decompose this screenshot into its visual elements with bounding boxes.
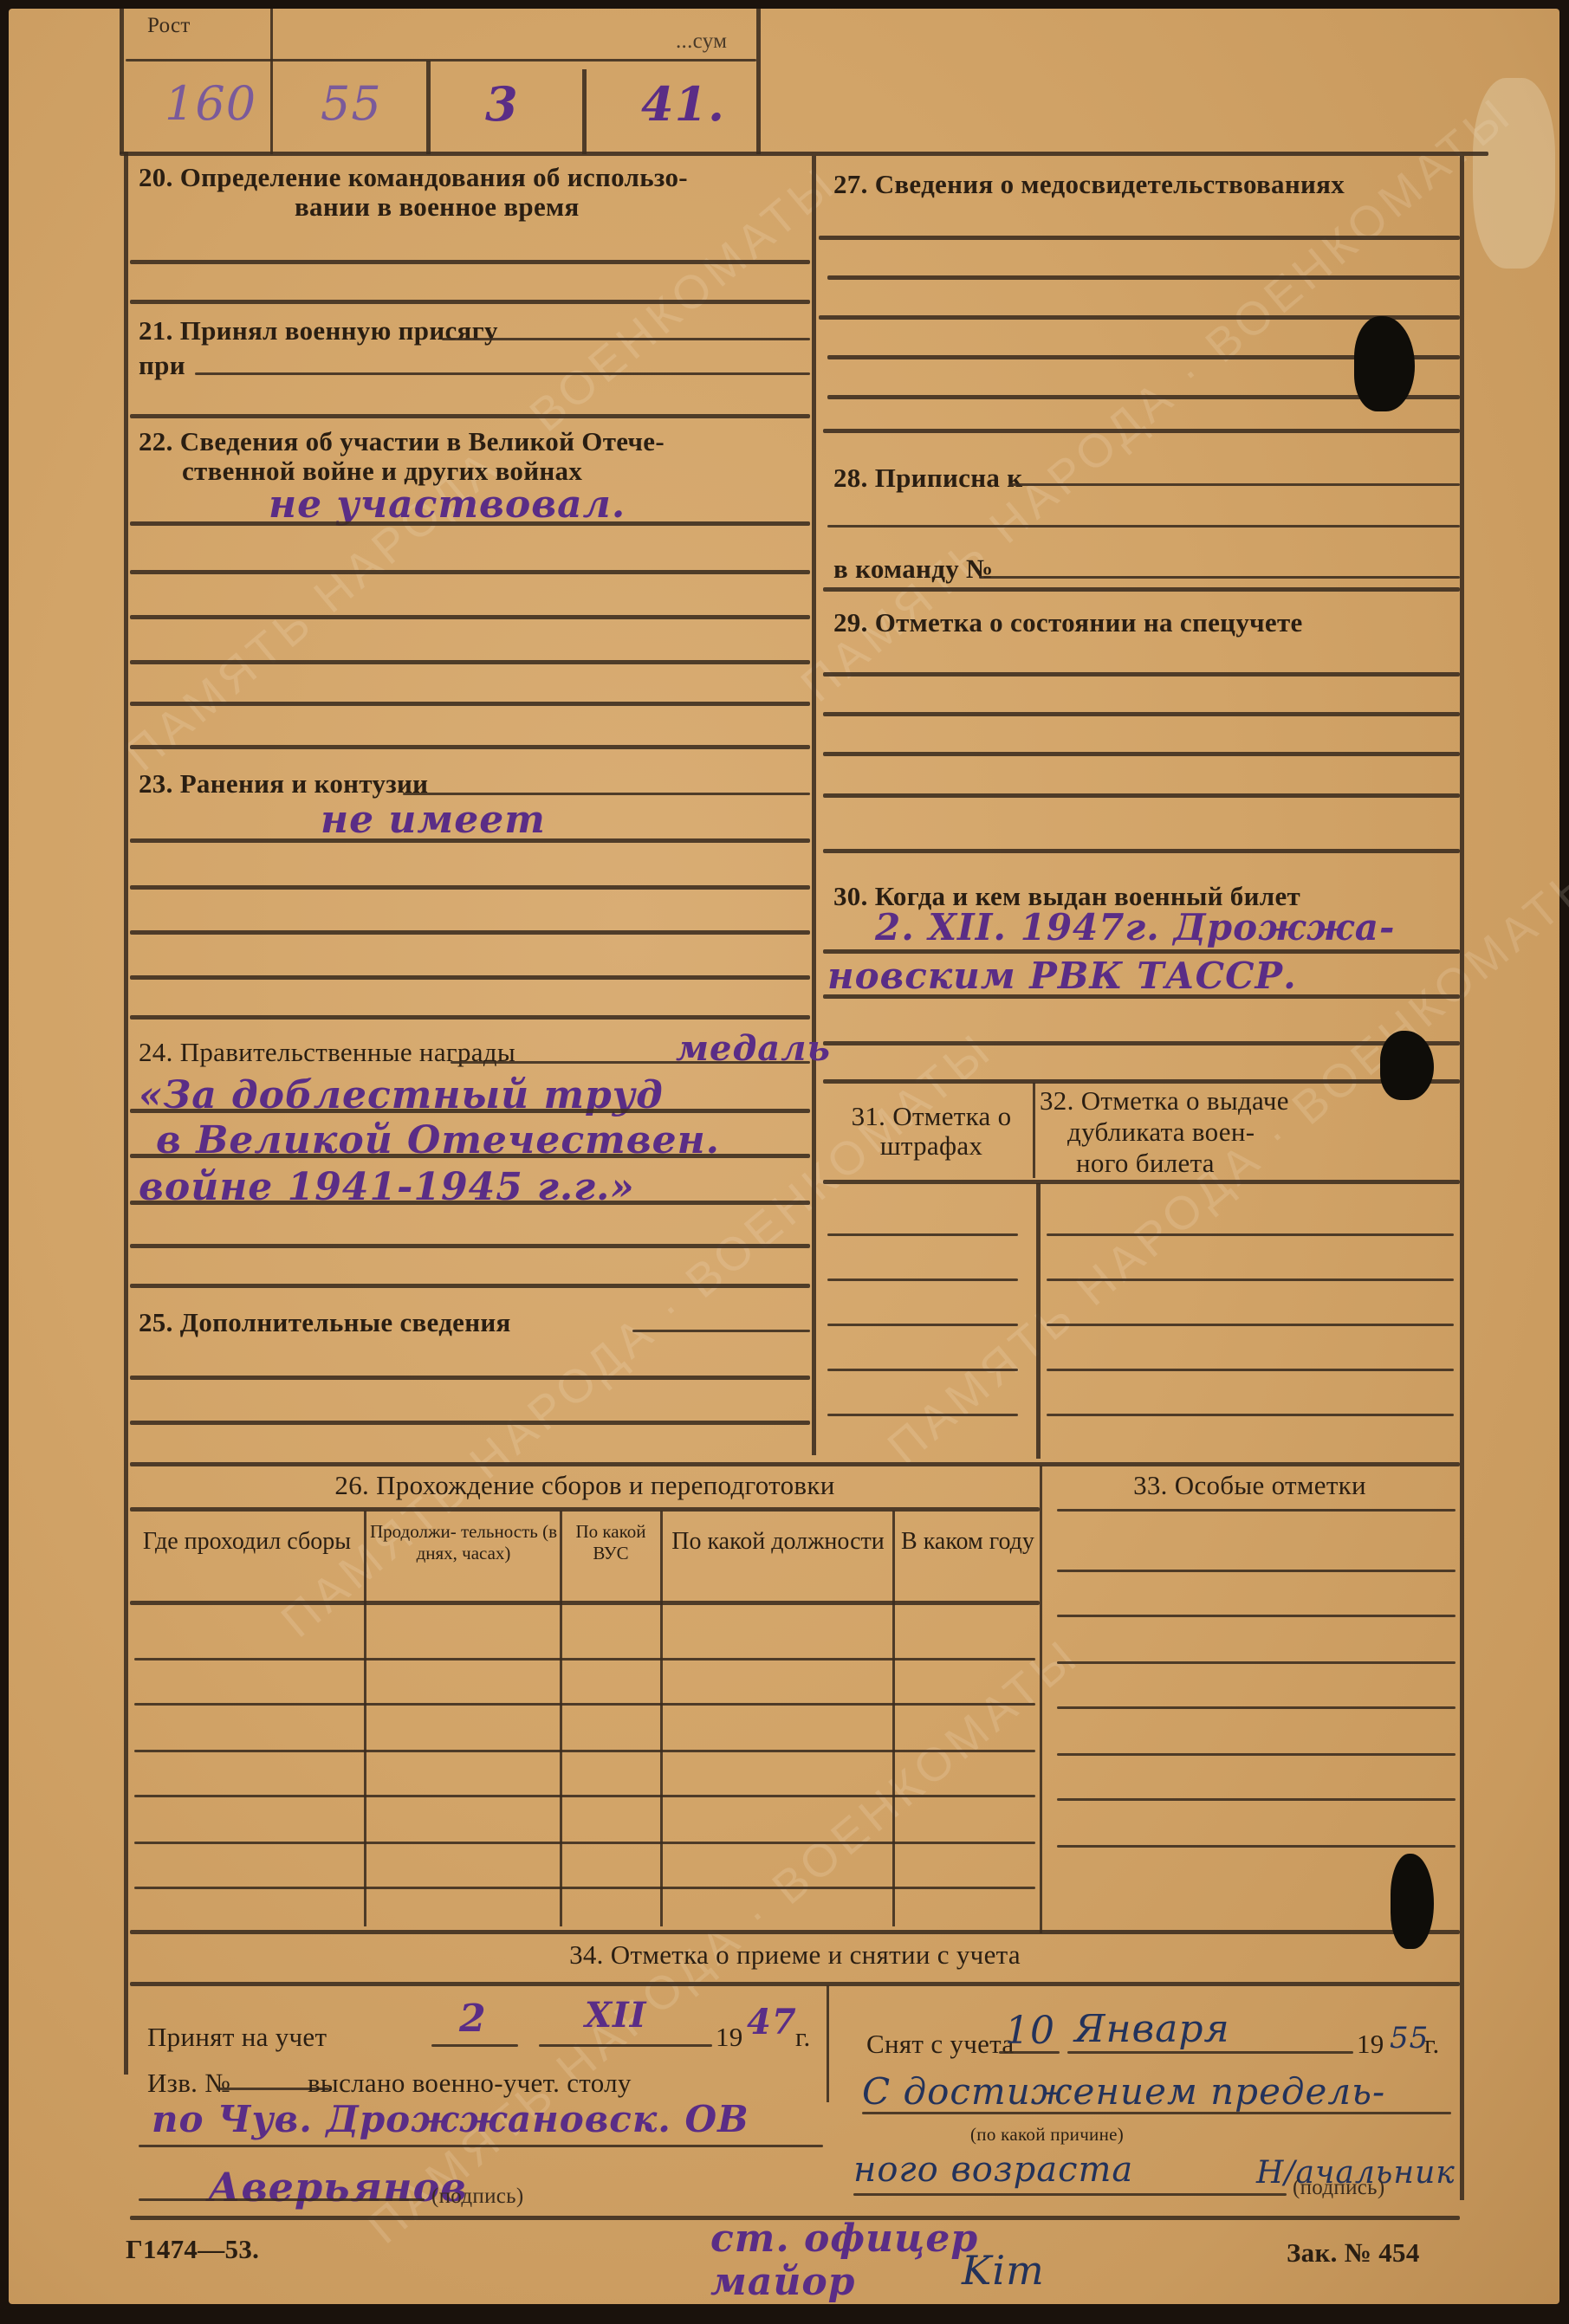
field-20-label: 20. Определение командования об использо… (139, 163, 688, 192)
punch-hole (1380, 1031, 1434, 1100)
order-number: Зак. № 454 (1287, 2238, 1420, 2268)
accepted-year-end: г. (795, 2023, 811, 2052)
field-32-label: 32. Отметка о выдаче (1040, 1086, 1289, 1116)
field-30-value-line1: 2. XII. 1947г. Дрожжа- (875, 906, 1395, 949)
officer-title-line2: майор (710, 2261, 855, 2304)
col-header-duration: Продолжи- тельность (в днях, часах) (367, 1521, 560, 1564)
field-26-title: 26. Прохождение сборов и переподготовки (130, 1471, 1040, 1500)
size-header: ...сум (676, 29, 727, 54)
removed-label: Снят с учета (866, 2029, 1014, 2059)
field-29-label: 29. Отметка о состоянии на спецучете (833, 608, 1303, 638)
officer-signature: Kim (962, 2249, 1045, 2292)
izv-label: Изв. № (147, 2068, 230, 2098)
removed-year-prefix: 19 (1357, 2029, 1384, 2059)
accepted-signature: Аверьянов (208, 2165, 468, 2209)
accepted-year-prefix: 19 (716, 2023, 743, 2052)
removed-reason-caption: (по какой причине) (970, 2124, 1124, 2145)
field-24-value-line1: медаль (676, 1027, 831, 1071)
field-23-label: 23. Ранения и контузии (139, 769, 428, 799)
size-value-2: 41. (641, 78, 725, 130)
field-30-value-line2: новским РВК ТАССР. (827, 955, 1297, 998)
field-32-label-cont: дубликата воен- (1067, 1117, 1255, 1147)
col-header-position: По какой должности (664, 1528, 892, 1556)
paper-stain (1473, 78, 1555, 269)
field-27-label: 27. Сведения о медосвидетельствованиях (833, 170, 1345, 199)
field-21-label: 21. Принял военную присягу (139, 316, 498, 346)
officer-title-line1: ст. офицер (710, 2217, 978, 2261)
field-20-label-cont: вании в военное время (295, 192, 580, 222)
removed-year: 55 (1390, 2017, 1429, 2060)
field-23-value: не имеет (321, 799, 546, 842)
removed-year-end: г. (1424, 2029, 1440, 2059)
accepted-month: XII (585, 1994, 646, 2037)
military-record-card: ПАМЯТЬ НАРОДА · ВОЕНКОМАТЫ ПАМЯТЬ НАРОДА… (9, 9, 1559, 2304)
field-31-label: 31. Отметка о (840, 1102, 1022, 1131)
height-header: Рост (147, 14, 191, 38)
field-28-team-label: в команду № (833, 554, 994, 584)
removed-reason-line2: ного возраста (853, 2148, 1133, 2191)
weight-value: 55 (321, 78, 382, 130)
sent-label: выслано военно-учет. столу (308, 2068, 632, 2098)
field-22-label: 22. Сведения об участии в Великой Отече- (139, 427, 665, 456)
removed-day: 10 (1005, 2010, 1055, 2053)
col-header-vus: По какой ВУС (563, 1521, 658, 1564)
field-31-label-cont: штрафах (840, 1131, 1022, 1161)
removed-signature-caption: (подпись) (1293, 2176, 1384, 2200)
accepted-signature-caption: (подпись) (431, 2185, 523, 2209)
col-header-year: В каком году (896, 1528, 1040, 1556)
field-34-title: 34. Отметка о приеме и снятии с учета (130, 1940, 1460, 1970)
removed-month: Января (1074, 2008, 1230, 2051)
punch-hole (1354, 316, 1415, 411)
accepted-year: 47 (747, 2001, 797, 2044)
removed-reason-line1: С достижением предель- (862, 2070, 1385, 2114)
col-header-where: Где проходил сборы (130, 1528, 364, 1556)
form-code: Г1474—53. (126, 2235, 259, 2264)
field-25-label: 25. Дополнительные сведения (139, 1308, 511, 1337)
accepted-day: 2 (459, 1997, 487, 2041)
height-value: 160 (165, 78, 256, 130)
field-28-label: 28. Приписна к (833, 463, 1022, 493)
size-value-1: 3 (485, 78, 519, 130)
punch-hole (1391, 1854, 1434, 1949)
field-21-label-at: при (139, 351, 185, 380)
field-22-label-cont: ственной войне и других войнах (182, 456, 582, 486)
field-22-value: не участвовал. (269, 483, 626, 527)
field-33-label: 33. Особые отметки (1044, 1471, 1456, 1500)
field-32-label-cont2: ного билета (1076, 1149, 1215, 1178)
accepted-label: Принят на учет (147, 2023, 327, 2052)
sent-value: по Чув. Дрожжановск. ОВ (152, 2098, 749, 2141)
